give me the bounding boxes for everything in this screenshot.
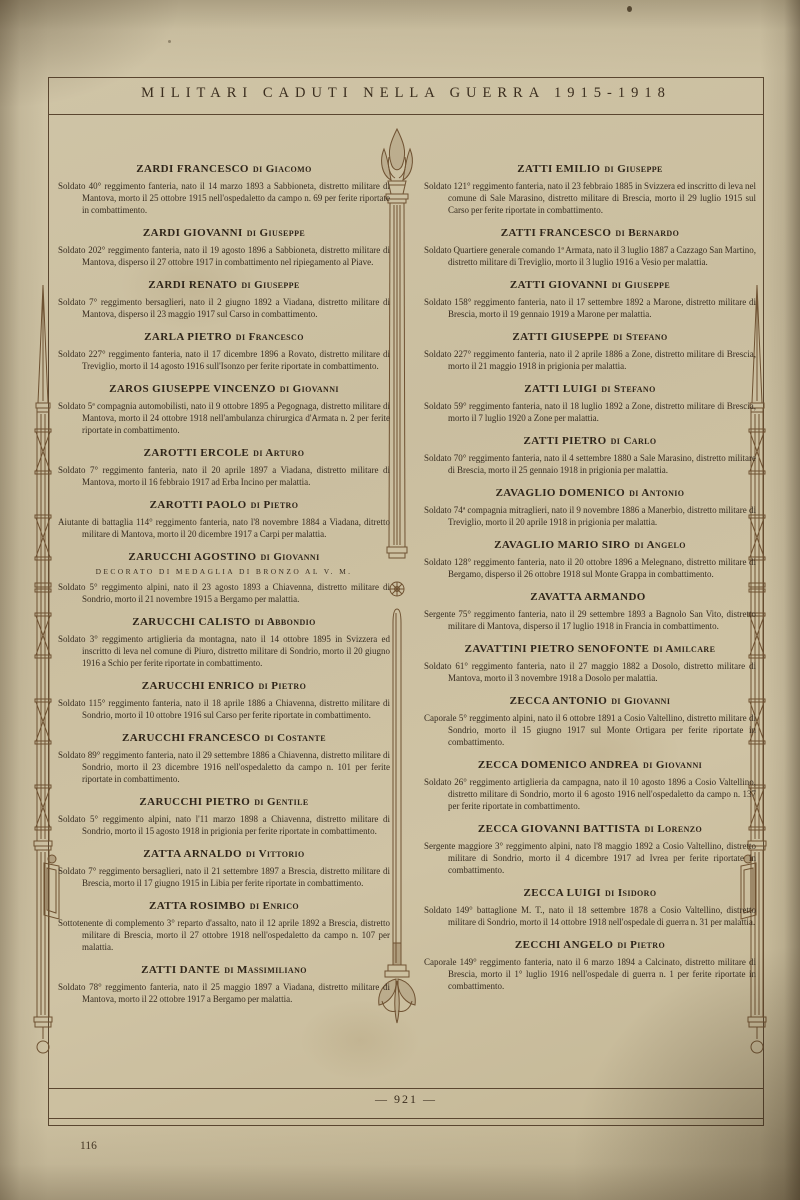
soldier-entry: ZARDI RENATOdi Giuseppe Soldato 7° reggi…: [58, 279, 390, 320]
entry-name: ZAVAGLIO MARIO SIRO: [494, 539, 630, 551]
entry-qualifier: di Carlo: [611, 435, 657, 447]
entry-qualifier: di Giuseppe: [241, 279, 299, 291]
bottom-inner-rule: [49, 1118, 763, 1119]
entry-qualifier: di Bernardo: [615, 227, 679, 239]
entry-name: ZARDI FRANCESCO: [136, 163, 249, 175]
page-title: MILITARI CADUTI NELLA GUERRA 1915-1918: [49, 85, 763, 102]
soldier-entry: ZATTA ROSIMBOdi Enrico Sottotenente di c…: [58, 900, 390, 953]
entry-qualifier: di Amilcare: [653, 643, 715, 655]
entry-body: Sergente maggiore 3° reggimento alpini, …: [424, 840, 756, 876]
soldier-entry: ZECCA ANTONIOdi Giovanni Caporale 5° reg…: [424, 695, 756, 748]
page-number: — 921 —: [49, 1092, 763, 1107]
entry-heading: ZATTI LUIGIdi Stefano: [424, 383, 756, 395]
entry-name: ZATTI FRANCESCO: [501, 227, 612, 239]
soldier-entry: ZATTI LUIGIdi Stefano Soldato 59° reggim…: [424, 383, 756, 424]
entry-qualifier: di Giuseppe: [604, 163, 662, 175]
entry-qualifier: di Costante: [264, 732, 326, 744]
entry-body: Soldato 70° reggimento fanteria, nato il…: [424, 452, 756, 476]
entry-body: Soldato 202° reggimento fanteria, nato i…: [58, 244, 390, 268]
entry-heading: ZATTI PIETROdi Carlo: [424, 435, 756, 447]
entry-name: ZARUCCHI AGOSTINO: [128, 551, 256, 563]
entry-name: ZAROTTI ERCOLE: [144, 447, 250, 459]
entry-heading: ZARDI RENATOdi Giuseppe: [58, 279, 390, 291]
entry-qualifier: di Stefano: [613, 331, 668, 343]
entry-heading: ZAVATTA ARMANDO: [424, 591, 756, 603]
title-rule: [49, 114, 763, 115]
soldier-entry: ZAVAGLIO DOMENICOdi Antonio Soldato 74ª …: [424, 487, 756, 528]
entry-heading: ZECCA LUIGIdi Isidoro: [424, 887, 756, 899]
entry-name: ZAROS GIUSEPPE VINCENZO: [109, 383, 276, 395]
entry-heading: ZARUCCHI CALISTOdi Abbondio: [58, 616, 390, 628]
soldier-entry: ZATTI EMILIOdi Giuseppe Soldato 121° reg…: [424, 163, 756, 216]
soldier-entry: ZAVAGLIO MARIO SIROdi Angelo Soldato 128…: [424, 539, 756, 580]
entry-body: Soldato 149° battaglione M. T., nato il …: [424, 904, 756, 928]
entry-body: Soldato 227° reggimento fanteria, nato i…: [424, 348, 756, 372]
entry-qualifier: di Lorenzo: [644, 823, 702, 835]
entry-name: ZATTI DANTE: [141, 964, 220, 976]
soldier-entry: ZARLA PIETROdi Francesco Soldato 227° re…: [58, 331, 390, 372]
entry-heading: ZAROTTI ERCOLEdi Arturo: [58, 447, 390, 459]
entry-heading: ZECCA ANTONIOdi Giovanni: [424, 695, 756, 707]
soldier-entry: ZARDI FRANCESCOdi Giacomo Soldato 40° re…: [58, 163, 390, 216]
soldier-entry: ZATTI GIOVANNIdi Giuseppe Soldato 158° r…: [424, 279, 756, 320]
soldier-entry: ZARUCCHI FRANCESCOdi Costante Soldato 89…: [58, 732, 390, 785]
entry-name: ZAVAGLIO DOMENICO: [496, 487, 626, 499]
entry-body: Soldato 26° reggimento artiglieria da ca…: [424, 776, 756, 812]
entry-name: ZARUCCHI CALISTO: [132, 616, 250, 628]
entry-heading: ZATTA ARNALDOdi Vittorio: [58, 848, 390, 860]
soldier-entry: ZATTI DANTEdi Massimiliano Soldato 78° r…: [58, 964, 390, 1005]
entry-qualifier: di Isidoro: [605, 887, 656, 899]
footer-rule: [49, 1088, 763, 1089]
entry-body: Soldato 40° reggimento fanteria, nato il…: [58, 180, 390, 216]
scanned-book-page: { "header": { "title": "MILITARI CADUTI …: [0, 0, 800, 1200]
entry-heading: ZARUCCHI FRANCESCOdi Costante: [58, 732, 390, 744]
entry-body: Caporale 149° reggimento fanteria, nato …: [424, 956, 756, 992]
soldier-entry: ZAVATTINI PIETRO SENOFONTEdi Amilcare So…: [424, 643, 756, 684]
entry-body: Aiutante di battaglia 114° reggimento fa…: [58, 516, 390, 540]
entry-body: Sergente 75° reggimento fanteria, nato i…: [424, 608, 756, 632]
entry-body: Soldato 227° reggimento fanteria, nato i…: [58, 348, 390, 372]
entry-body: Soldato 5ª compagnia automobilisti, nato…: [58, 400, 390, 436]
soldier-entry: ZAROTTI PAOLOdi Pietro Aiutante di batta…: [58, 499, 390, 540]
entry-heading: ZARLA PIETROdi Francesco: [58, 331, 390, 343]
column-left: ZARDI FRANCESCOdi Giacomo Soldato 40° re…: [58, 160, 390, 1084]
entry-body: Soldato 5° reggimento alpini, nato il 23…: [58, 581, 390, 605]
entry-qualifier: di Giacomo: [253, 163, 312, 175]
soldier-entry: ZATTA ARNALDOdi Vittorio Soldato 7° regg…: [58, 848, 390, 889]
entry-heading: ZAVAGLIO MARIO SIROdi Angelo: [424, 539, 756, 551]
entry-body: Soldato 89° reggimento fanteria, nato il…: [58, 749, 390, 785]
soldier-entry: ZARUCCHI CALISTOdi Abbondio Soldato 3° r…: [58, 616, 390, 669]
entry-decoration: DECORATO DI MEDAGLIA DI BRONZO AL V. M.: [58, 567, 390, 576]
entry-name: ZARDI RENATO: [148, 279, 237, 291]
column-right: ZATTI EMILIOdi Giuseppe Soldato 121° reg…: [424, 160, 756, 1084]
entry-name: ZECCA GIOVANNI BATTISTA: [478, 823, 641, 835]
entry-heading: ZATTI FRANCESCOdi Bernardo: [424, 227, 756, 239]
entry-qualifier: di Pietro: [617, 939, 665, 951]
soldier-entry: ZARUCCHI PIETROdi Gentile Soldato 5° reg…: [58, 796, 390, 837]
entry-heading: ZARUCCHI ENRICOdi Pietro: [58, 680, 390, 692]
ink-speck: [627, 6, 632, 12]
entry-qualifier: di Stefano: [601, 383, 656, 395]
entry-qualifier: di Francesco: [236, 331, 304, 343]
entry-name: ZECCA ANTONIO: [510, 695, 608, 707]
entry-body: Soldato 3° reggimento artiglieria da mon…: [58, 633, 390, 669]
entry-qualifier: di Angelo: [634, 539, 685, 551]
entry-qualifier: di Pietro: [258, 680, 306, 692]
entry-body: Soldato 121° reggimento fanteria, nato i…: [424, 180, 756, 216]
entry-heading: ZARDI FRANCESCOdi Giacomo: [58, 163, 390, 175]
entry-qualifier: di Pietro: [251, 499, 299, 511]
entry-qualifier: di Enrico: [250, 900, 299, 912]
entry-name: ZAROTTI PAOLO: [150, 499, 247, 511]
entry-heading: ZAROTTI PAOLOdi Pietro: [58, 499, 390, 511]
entry-body: Sottotenente di complemento 3° reparto d…: [58, 917, 390, 953]
entry-heading: ZECCA GIOVANNI BATTISTAdi Lorenzo: [424, 823, 756, 835]
entry-heading: ZATTI EMILIOdi Giuseppe: [424, 163, 756, 175]
entry-name: ZAVATTINI PIETRO SENOFONTE: [465, 643, 650, 655]
entry-name: ZECCA LUIGI: [524, 887, 601, 899]
entry-name: ZAVATTA ARMANDO: [530, 591, 646, 603]
soldier-entry: ZATTI GIUSEPPEdi Stefano Soldato 227° re…: [424, 331, 756, 372]
entry-qualifier: di Arturo: [253, 447, 304, 459]
soldier-entry: ZAROS GIUSEPPE VINCENZOdi Giovanni Solda…: [58, 383, 390, 436]
entry-qualifier: di Vittorio: [246, 848, 305, 860]
entry-heading: ZATTI GIUSEPPEdi Stefano: [424, 331, 756, 343]
soldier-entry: ZECCA GIOVANNI BATTISTAdi Lorenzo Sergen…: [424, 823, 756, 876]
entry-qualifier: di Gentile: [254, 796, 308, 808]
entry-body: Soldato 5° reggimento alpini, nato l'11 …: [58, 813, 390, 837]
ink-speck: [168, 40, 171, 43]
entry-body: Caporale 5° reggimento alpini, nato il 6…: [424, 712, 756, 748]
soldier-entry: ZECCHI ANGELOdi Pietro Caporale 149° reg…: [424, 939, 756, 992]
entry-qualifier: di Giovanni: [611, 695, 670, 707]
entry-qualifier: di Abbondio: [255, 616, 316, 628]
entry-qualifier: di Giovanni: [261, 551, 320, 563]
entry-name: ZARDI GIOVANNI: [143, 227, 243, 239]
entry-heading: ZAROS GIUSEPPE VINCENZOdi Giovanni: [58, 383, 390, 395]
entry-body: Soldato Quartiere generale comando 1ª Ar…: [424, 244, 756, 268]
folio-number: 116: [80, 1140, 97, 1152]
entry-body: Soldato 7° reggimento bersaglieri, nato …: [58, 865, 390, 889]
entry-body: Soldato 59° reggimento fanteria, nato il…: [424, 400, 756, 424]
entry-name: ZARUCCHI PIETRO: [139, 796, 250, 808]
entry-name: ZARUCCHI ENRICO: [142, 680, 255, 692]
entry-name: ZARUCCHI FRANCESCO: [122, 732, 260, 744]
entry-body: Soldato 74ª compagnia mitraglieri, nato …: [424, 504, 756, 528]
entry-name: ZECCA DOMENICO ANDREA: [478, 759, 639, 771]
entry-body: Soldato 7° reggimento fanteria, nato il …: [58, 464, 390, 488]
entry-name: ZATTI GIUSEPPE: [512, 331, 609, 343]
entry-heading: ZATTI DANTEdi Massimiliano: [58, 964, 390, 976]
entry-qualifier: di Giovanni: [643, 759, 702, 771]
entry-heading: ZECCA DOMENICO ANDREAdi Giovanni: [424, 759, 756, 771]
entry-name: ZATTA ROSIMBO: [149, 900, 246, 912]
entry-heading: ZAVAGLIO DOMENICOdi Antonio: [424, 487, 756, 499]
entry-heading: ZARUCCHI PIETROdi Gentile: [58, 796, 390, 808]
entry-body: Soldato 61° reggimento fanteria, nato il…: [424, 660, 756, 684]
entry-name: ZARLA PIETRO: [144, 331, 232, 343]
entry-body: Soldato 128° reggimento fanteria, nato i…: [424, 556, 756, 580]
entry-name: ZATTA ARNALDO: [143, 848, 242, 860]
entry-heading: ZATTA ROSIMBOdi Enrico: [58, 900, 390, 912]
entry-body: Soldato 78° reggimento fanteria, nato il…: [58, 981, 390, 1005]
entry-heading: ZATTI GIOVANNIdi Giuseppe: [424, 279, 756, 291]
entry-name: ZATTI GIOVANNI: [510, 279, 608, 291]
entry-heading: ZARUCCHI AGOSTINOdi Giovanni: [58, 551, 390, 563]
entry-heading: ZAVATTINI PIETRO SENOFONTEdi Amilcare: [424, 643, 756, 655]
soldier-entry: ZECCA LUIGIdi Isidoro Soldato 149° batta…: [424, 887, 756, 928]
entry-body: Soldato 115° reggimento fanteria, nato i…: [58, 697, 390, 721]
entry-qualifier: di Massimiliano: [224, 964, 307, 976]
soldier-entry: ZAVATTA ARMANDO Sergente 75° reggimento …: [424, 591, 756, 632]
soldier-entry: ZATTI FRANCESCOdi Bernardo Soldato Quart…: [424, 227, 756, 268]
entry-name: ZATTI EMILIO: [517, 163, 600, 175]
entry-body: Soldato 158° reggimento fanteria, nato i…: [424, 296, 756, 320]
entry-name: ZECCHI ANGELO: [515, 939, 613, 951]
soldier-entry: ZECCA DOMENICO ANDREAdi Giovanni Soldato…: [424, 759, 756, 812]
soldier-entry: ZARUCCHI AGOSTINOdi Giovanni DECORATO DI…: [58, 551, 390, 605]
entry-name: ZATTI LUIGI: [524, 383, 597, 395]
soldier-entry: ZARDI GIOVANNIdi Giuseppe Soldato 202° r…: [58, 227, 390, 268]
entry-qualifier: di Giovanni: [280, 383, 339, 395]
entry-qualifier: di Giuseppe: [247, 227, 305, 239]
soldier-entry: ZATTI PIETROdi Carlo Soldato 70° reggime…: [424, 435, 756, 476]
soldier-entry: ZAROTTI ERCOLEdi Arturo Soldato 7° reggi…: [58, 447, 390, 488]
entry-heading: ZARDI GIOVANNIdi Giuseppe: [58, 227, 390, 239]
soldier-entry: ZARUCCHI ENRICOdi Pietro Soldato 115° re…: [58, 680, 390, 721]
entry-qualifier: di Giuseppe: [612, 279, 670, 291]
entry-heading: ZECCHI ANGELOdi Pietro: [424, 939, 756, 951]
entry-name: ZATTI PIETRO: [523, 435, 606, 447]
entry-body: Soldato 7° reggimento bersaglieri, nato …: [58, 296, 390, 320]
entry-qualifier: di Antonio: [629, 487, 684, 499]
